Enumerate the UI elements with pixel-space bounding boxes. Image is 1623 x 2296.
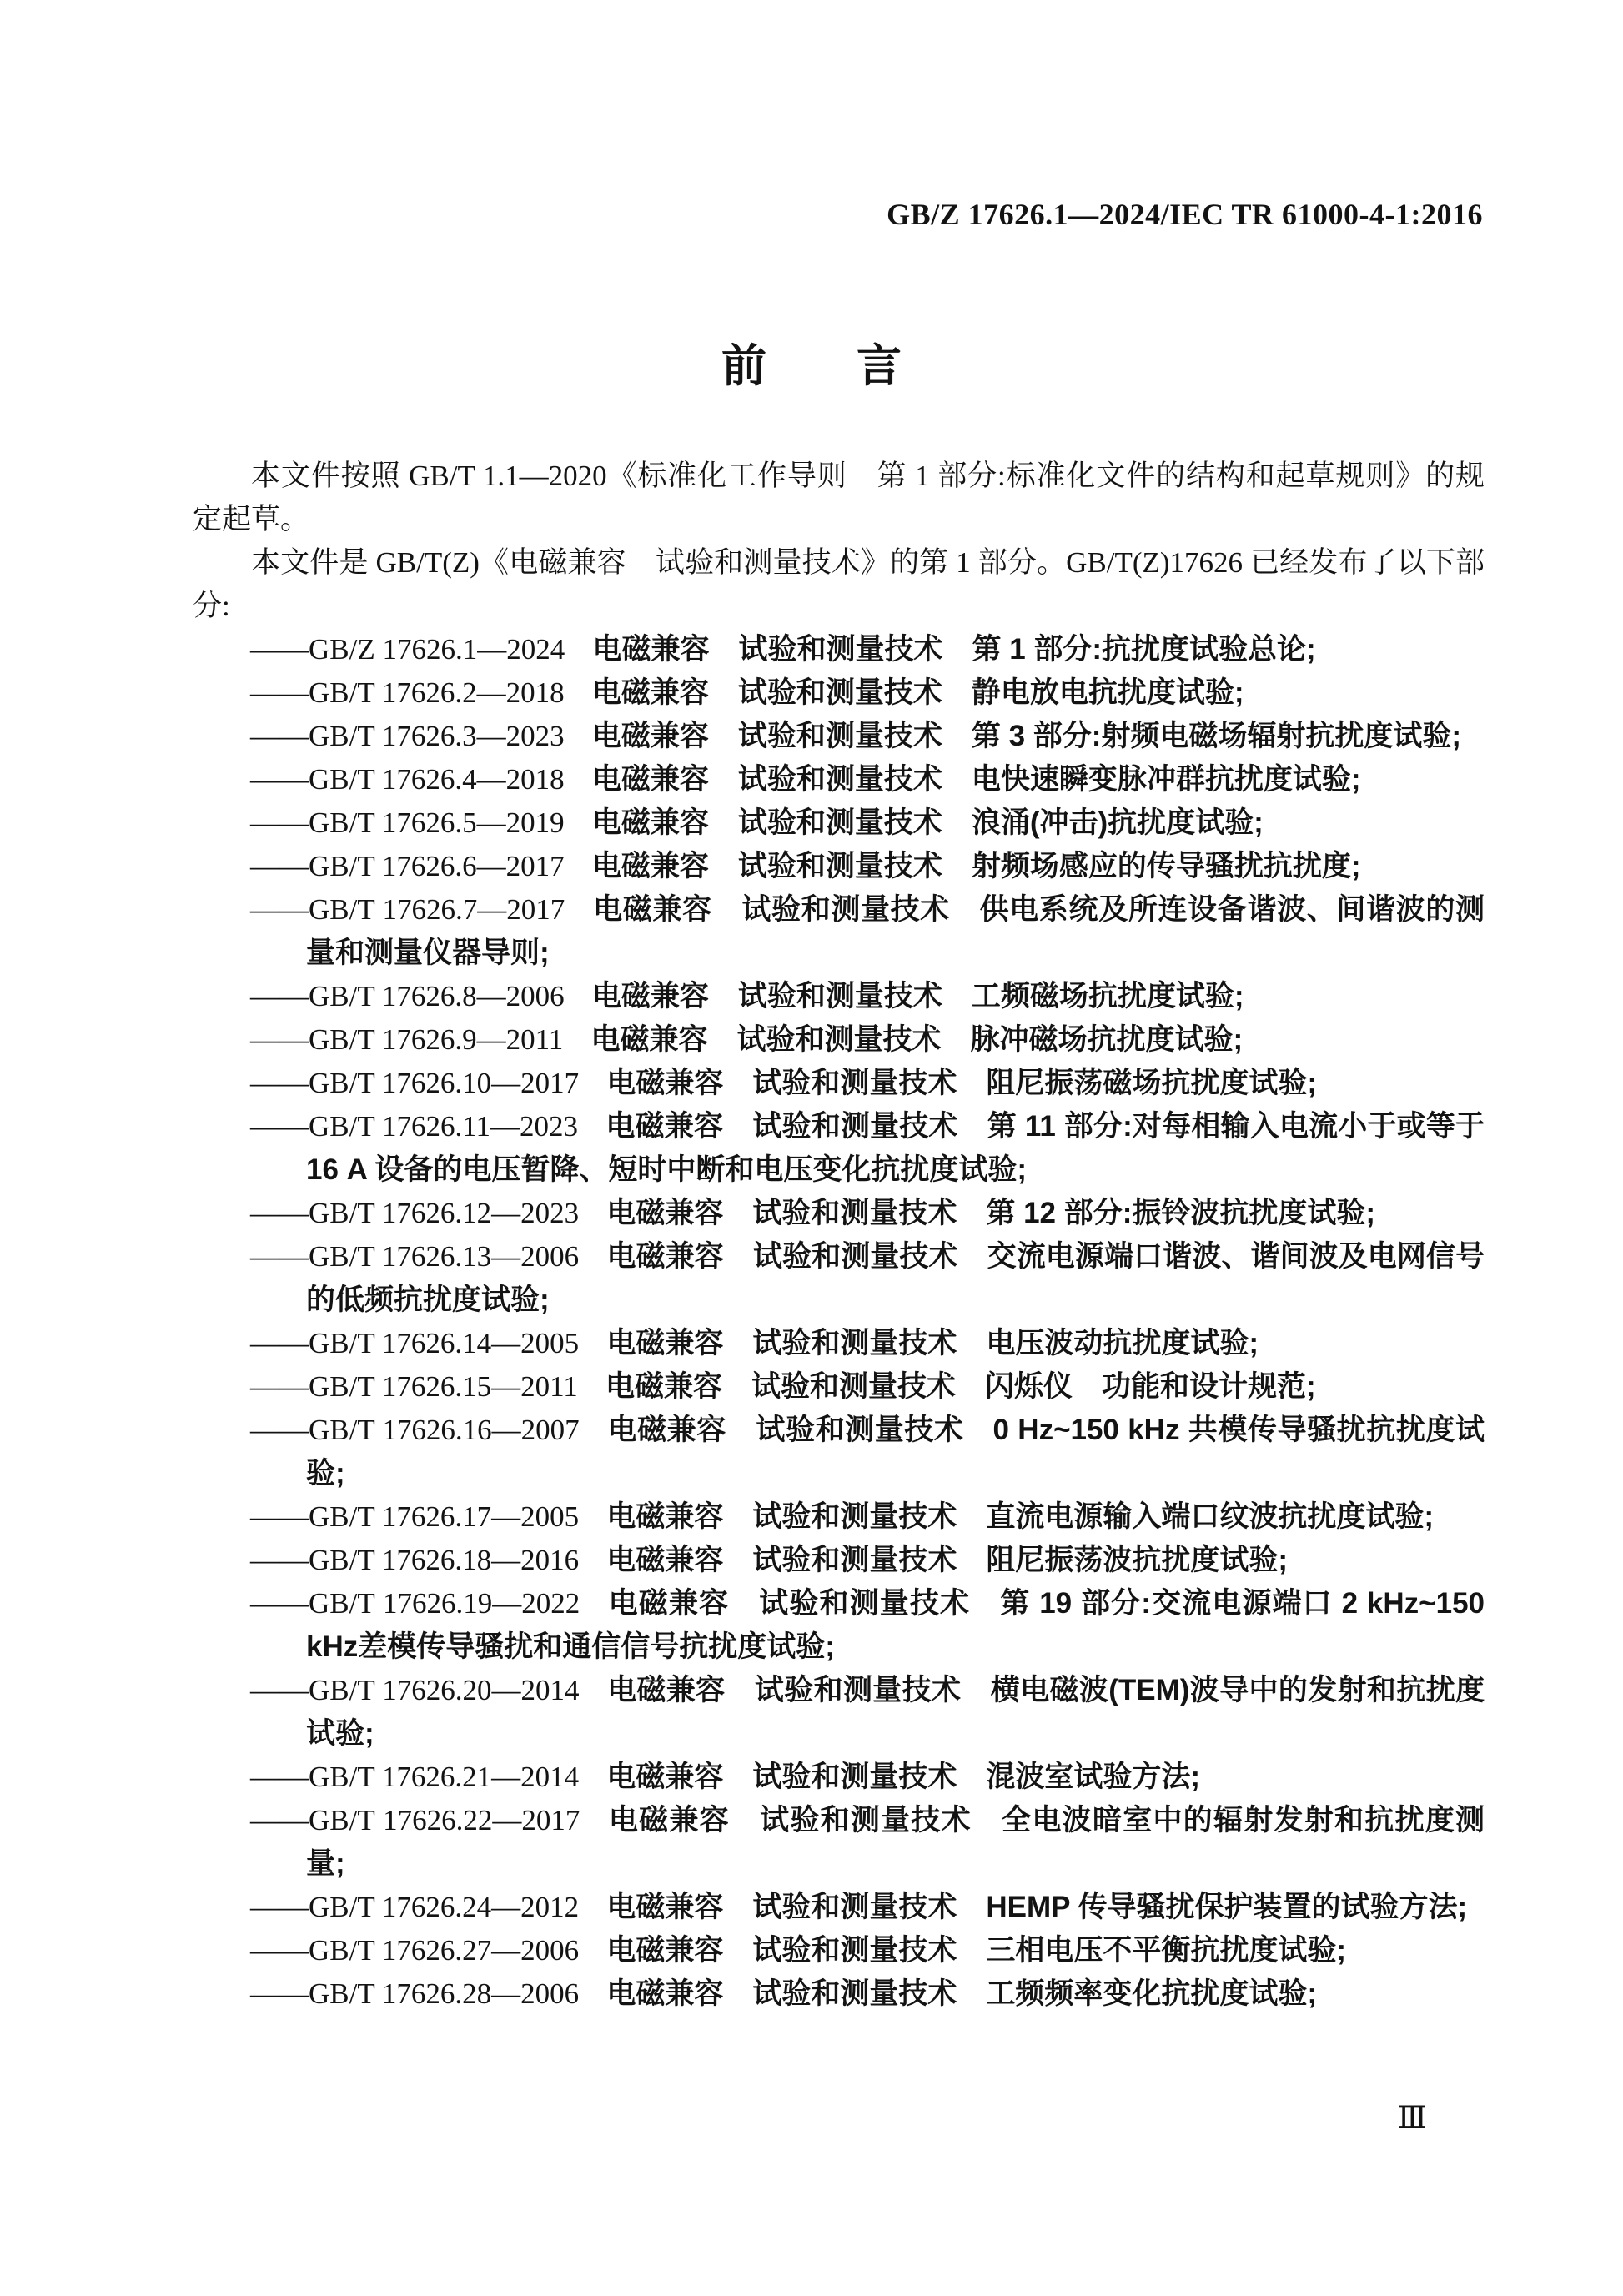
- standard-title: 电磁兼容 试验和测量技术 阻尼振荡波抗扰度试验;: [606, 1544, 1288, 1576]
- standard-code: ——GB/T 17626.4—2018: [250, 763, 565, 796]
- standard-title: 电磁兼容 试验和测量技术 第 12 部分:振铃波抗扰度试验;: [606, 1197, 1375, 1229]
- standard-list-item: ——GB/T 17626.3—2023电磁兼容 试验和测量技术 第 3 部分:射…: [250, 715, 1485, 758]
- standard-code: ——GB/T 17626.24—2012: [250, 1891, 579, 1923]
- standard-title: 电磁兼容 试验和测量技术 电压波动抗扰度试验;: [606, 1327, 1259, 1359]
- standard-title: 电磁兼容 试验和测量技术 闪烁仪 功能和设计规范;: [605, 1370, 1316, 1403]
- standard-title: 电磁兼容 试验和测量技术 第 1 部分:抗扰度试验总论;: [592, 633, 1315, 666]
- standard-title: 电磁兼容 试验和测量技术 直流电源输入端口纹波抗扰度试验;: [606, 1500, 1434, 1533]
- standard-list-item: ——GB/T 17626.6—2017电磁兼容 试验和测量技术 射频场感应的传导…: [250, 845, 1485, 888]
- foreword-paragraph-1: 本文件按照 GB/T 1.1—2020《标准化工作导则 第 1 部分:标准化文件…: [193, 455, 1485, 541]
- standard-title: 电磁兼容 试验和测量技术 混波室试验方法;: [606, 1761, 1200, 1793]
- standard-code: ——GB/T 17626.27—2006: [250, 1934, 579, 1967]
- standard-list-item: ——GB/T 17626.17—2005电磁兼容 试验和测量技术 直流电源输入端…: [250, 1495, 1485, 1539]
- standard-list-item: ——GB/T 17626.13—2006电磁兼容 试验和测量技术 交流电源端口谐…: [250, 1235, 1485, 1322]
- standard-code: ——GB/T 17626.10—2017: [250, 1067, 579, 1099]
- document-page: GB/Z 17626.1—2024/IEC TR 61000-4-1:2016 …: [0, 0, 1623, 2296]
- standard-list-item: ——GB/T 17626.12—2023电磁兼容 试验和测量技术 第 12 部分…: [250, 1192, 1485, 1235]
- standard-code: ——GB/T 17626.16—2007: [250, 1414, 580, 1446]
- standard-code: ——GB/T 17626.28—2006: [250, 1977, 579, 2010]
- standard-code: ——GB/T 17626.2—2018: [250, 676, 565, 709]
- standard-code: ——GB/T 17626.5—2019: [250, 806, 565, 839]
- standard-title: 电磁兼容 试验和测量技术 第 3 部分:射频电磁场辐射抗扰度试验;: [592, 720, 1461, 752]
- standard-title: 电磁兼容 试验和测量技术 三相电压不平衡抗扰度试验;: [606, 1934, 1346, 1967]
- foreword-title: 前 言: [0, 330, 1623, 394]
- standard-list-item: ——GB/T 17626.16—2007电磁兼容 试验和测量技术 0 Hz~15…: [250, 1409, 1485, 1495]
- standard-list-item: ——GB/T 17626.24—2012电磁兼容 试验和测量技术 HEMP 传导…: [250, 1886, 1485, 1929]
- standard-code: ——GB/T 17626.20—2014: [250, 1674, 579, 1706]
- standard-code: ——GB/T 17626.9—2011: [250, 1023, 563, 1056]
- standard-code: ——GB/T 17626.15—2011: [250, 1370, 578, 1403]
- standard-list-item: ——GB/T 17626.15—2011电磁兼容 试验和测量技术 闪烁仪 功能和…: [250, 1365, 1485, 1409]
- standard-title: 电磁兼容 试验和测量技术 工频频率变化抗扰度试验;: [606, 1977, 1317, 2010]
- standard-list-item: ——GB/T 17626.8—2006电磁兼容 试验和测量技术 工频磁场抗扰度试…: [250, 975, 1485, 1018]
- standard-title: 电磁兼容 试验和测量技术 脉冲磁场抗扰度试验;: [591, 1023, 1244, 1056]
- standard-code: ——GB/T 17626.19—2022: [250, 1587, 580, 1620]
- standard-title: 电磁兼容 试验和测量技术 电快速瞬变脉冲群抗扰度试验;: [592, 763, 1361, 796]
- standard-list-item: ——GB/T 17626.18—2016电磁兼容 试验和测量技术 阻尼振荡波抗扰…: [250, 1539, 1485, 1582]
- standard-code: ——GB/T 17626.3—2023: [250, 720, 565, 752]
- standard-code: ——GB/T 17626.11—2023: [250, 1110, 578, 1143]
- page-number: Ⅲ: [1398, 2100, 1427, 2135]
- standards-list: ——GB/Z 17626.1—2024电磁兼容 试验和测量技术 第 1 部分:抗…: [193, 628, 1485, 2016]
- standard-list-item: ——GB/T 17626.5—2019电磁兼容 试验和测量技术 浪涌(冲击)抗扰…: [250, 801, 1485, 845]
- standard-code: ——GB/T 17626.22—2017: [250, 1804, 580, 1836]
- standard-list-item: ——GB/T 17626.28—2006电磁兼容 试验和测量技术 工频频率变化抗…: [250, 1972, 1485, 2016]
- standard-title: 电磁兼容 试验和测量技术 射频场感应的传导骚扰抗扰度;: [592, 850, 1361, 882]
- standard-code: ——GB/T 17626.18—2016: [250, 1544, 579, 1576]
- standard-list-item: ——GB/T 17626.2—2018电磁兼容 试验和测量技术 静电放电抗扰度试…: [250, 671, 1485, 715]
- standard-code: ——GB/Z 17626.1—2024: [250, 633, 565, 666]
- standard-code: ——GB/T 17626.7—2017: [250, 893, 565, 926]
- standard-title: 电磁兼容 试验和测量技术 工频磁场抗扰度试验;: [592, 980, 1244, 1012]
- standard-code: ——GB/T 17626.14—2005: [250, 1327, 579, 1359]
- standard-code: ——GB/T 17626.8—2006: [250, 980, 565, 1012]
- standard-list-item: ——GB/T 17626.4—2018电磁兼容 试验和测量技术 电快速瞬变脉冲群…: [250, 758, 1485, 801]
- standard-list-item: ——GB/T 17626.9—2011电磁兼容 试验和测量技术 脉冲磁场抗扰度试…: [250, 1018, 1485, 1062]
- standard-code: ——GB/T 17626.13—2006: [250, 1240, 579, 1273]
- standard-list-item: ——GB/T 17626.10—2017电磁兼容 试验和测量技术 阻尼振荡磁场抗…: [250, 1062, 1485, 1105]
- standard-title: 电磁兼容 试验和测量技术 HEMP 传导骚扰保护装置的试验方法;: [606, 1891, 1467, 1923]
- standard-list-item: ——GB/T 17626.19—2022电磁兼容 试验和测量技术 第 19 部分…: [250, 1582, 1485, 1669]
- standard-code: ——GB/T 17626.17—2005: [250, 1500, 579, 1533]
- foreword-paragraph-2: 本文件是 GB/T(Z)《电磁兼容 试验和测量技术》的第 1 部分。GB/T(Z…: [193, 541, 1485, 628]
- standard-code: ——GB/T 17626.12—2023: [250, 1197, 579, 1229]
- standard-list-item: ——GB/T 17626.20—2014电磁兼容 试验和测量技术 横电磁波(TE…: [250, 1669, 1485, 1756]
- standard-title: 电磁兼容 试验和测量技术 阻尼振荡磁场抗扰度试验;: [606, 1067, 1317, 1099]
- standard-number-header: GB/Z 17626.1—2024/IEC TR 61000-4-1:2016: [887, 197, 1483, 232]
- standard-title: 电磁兼容 试验和测量技术 浪涌(冲击)抗扰度试验;: [592, 806, 1264, 839]
- standard-code: ——GB/T 17626.6—2017: [250, 850, 565, 882]
- standard-list-item: ——GB/Z 17626.1—2024电磁兼容 试验和测量技术 第 1 部分:抗…: [250, 628, 1485, 671]
- standard-list-item: ——GB/T 17626.14—2005电磁兼容 试验和测量技术 电压波动抗扰度…: [250, 1322, 1485, 1365]
- foreword-content: 本文件按照 GB/T 1.1—2020《标准化工作导则 第 1 部分:标准化文件…: [193, 455, 1485, 2016]
- standard-list-item: ——GB/T 17626.27—2006电磁兼容 试验和测量技术 三相电压不平衡…: [250, 1929, 1485, 1972]
- standard-list-item: ——GB/T 17626.22—2017电磁兼容 试验和测量技术 全电波暗室中的…: [250, 1799, 1485, 1886]
- standard-title: 电磁兼容 试验和测量技术 静电放电抗扰度试验;: [592, 676, 1244, 709]
- standard-list-item: ——GB/T 17626.11—2023电磁兼容 试验和测量技术 第 11 部分…: [250, 1105, 1485, 1192]
- standard-list-item: ——GB/T 17626.21—2014电磁兼容 试验和测量技术 混波室试验方法…: [250, 1756, 1485, 1799]
- standard-list-item: ——GB/T 17626.7—2017电磁兼容 试验和测量技术 供电系统及所连设…: [250, 888, 1485, 975]
- standard-code: ——GB/T 17626.21—2014: [250, 1761, 579, 1793]
